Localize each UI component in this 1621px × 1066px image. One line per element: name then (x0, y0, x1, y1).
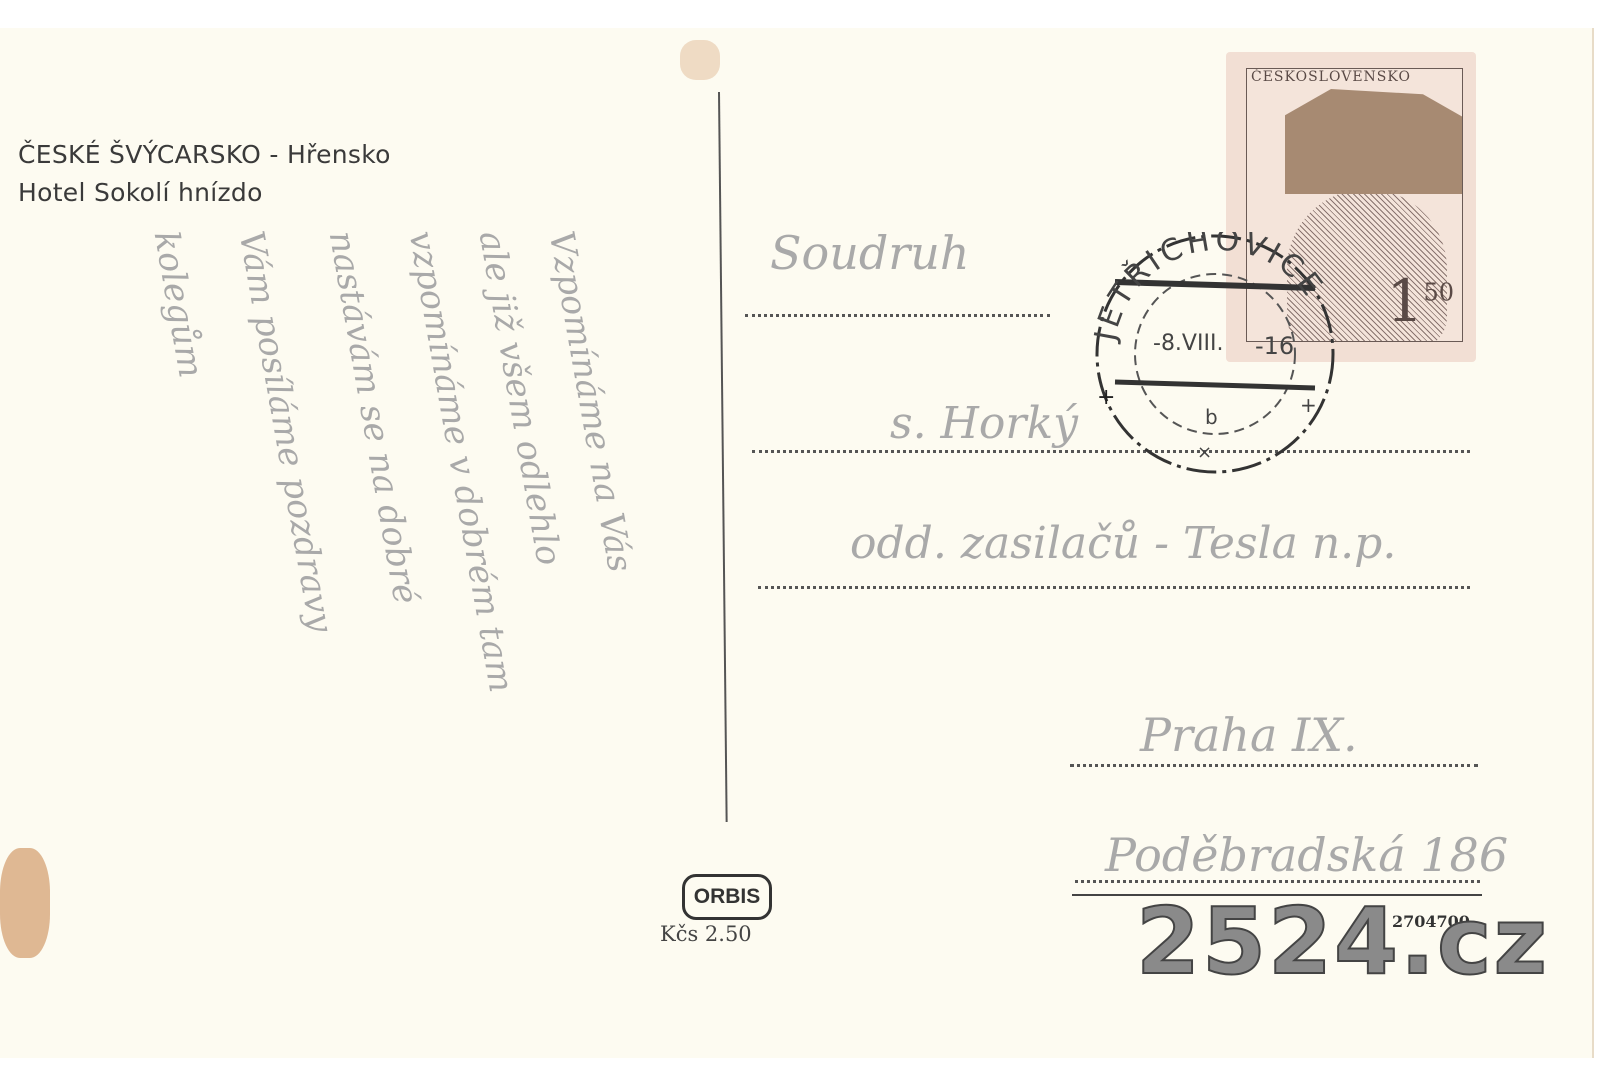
address-line-3: odd. zasilačů - Tesla n.p. (850, 518, 1396, 569)
postmark-town: JETŘICHOVICE (1088, 232, 1331, 345)
stamp-value: 150 (1387, 267, 1454, 335)
stamp-value-fraction: 50 (1423, 279, 1454, 307)
address-dotline (758, 586, 1470, 589)
center-divider (718, 92, 728, 822)
stain (680, 40, 720, 80)
svg-text:+: + (1300, 393, 1317, 417)
address-line-4: Praha IX. (1140, 708, 1358, 762)
address-dotline (745, 314, 1050, 317)
torn-paper-patch (1285, 89, 1463, 194)
caption-line-2: Hotel Sokolí hnízdo (18, 174, 391, 212)
stamp-value-main: 1 (1387, 267, 1424, 335)
address-dotline (1070, 764, 1478, 767)
svg-text:JETŘICHOVICE: JETŘICHOVICE (1088, 232, 1331, 345)
caption-line-1: ČESKÉ ŠVÝCARSKO - Hřensko (18, 136, 391, 174)
price-label: Kčs 2.50 (660, 922, 752, 946)
printed-caption: ČESKÉ ŠVÝCARSKO - Hřensko Hotel Sokolí h… (18, 136, 391, 212)
postmark-icon: -8.VIII. -16 b + + × JETŘICHOVICE (1075, 232, 1355, 477)
address-line-5: Poděbradská 186 (1105, 828, 1508, 882)
postmark-hour: -16 (1255, 332, 1294, 360)
svg-text:+: + (1097, 385, 1115, 410)
svg-text:×: × (1197, 442, 1212, 463)
stamp-country: ČESKOSLOVENSKO (1251, 69, 1411, 85)
handwritten-message: Vzpomínáme na Vás ale již všem odlehlo v… (60, 228, 660, 1048)
postmark-letter: b (1205, 405, 1218, 429)
message-line: kolegům (146, 228, 211, 381)
address-dotline (1075, 880, 1480, 883)
orbis-logo: ORBIS (682, 874, 772, 920)
address-line-2: s. Horký (890, 398, 1078, 449)
stain (0, 848, 50, 958)
watermark: 2524.cz (1136, 888, 1549, 995)
message-line: Vám posíláme pozdravy (231, 228, 341, 635)
postmark-date: -8.VIII. (1153, 331, 1223, 356)
address-line-1: Soudruh (770, 226, 970, 280)
